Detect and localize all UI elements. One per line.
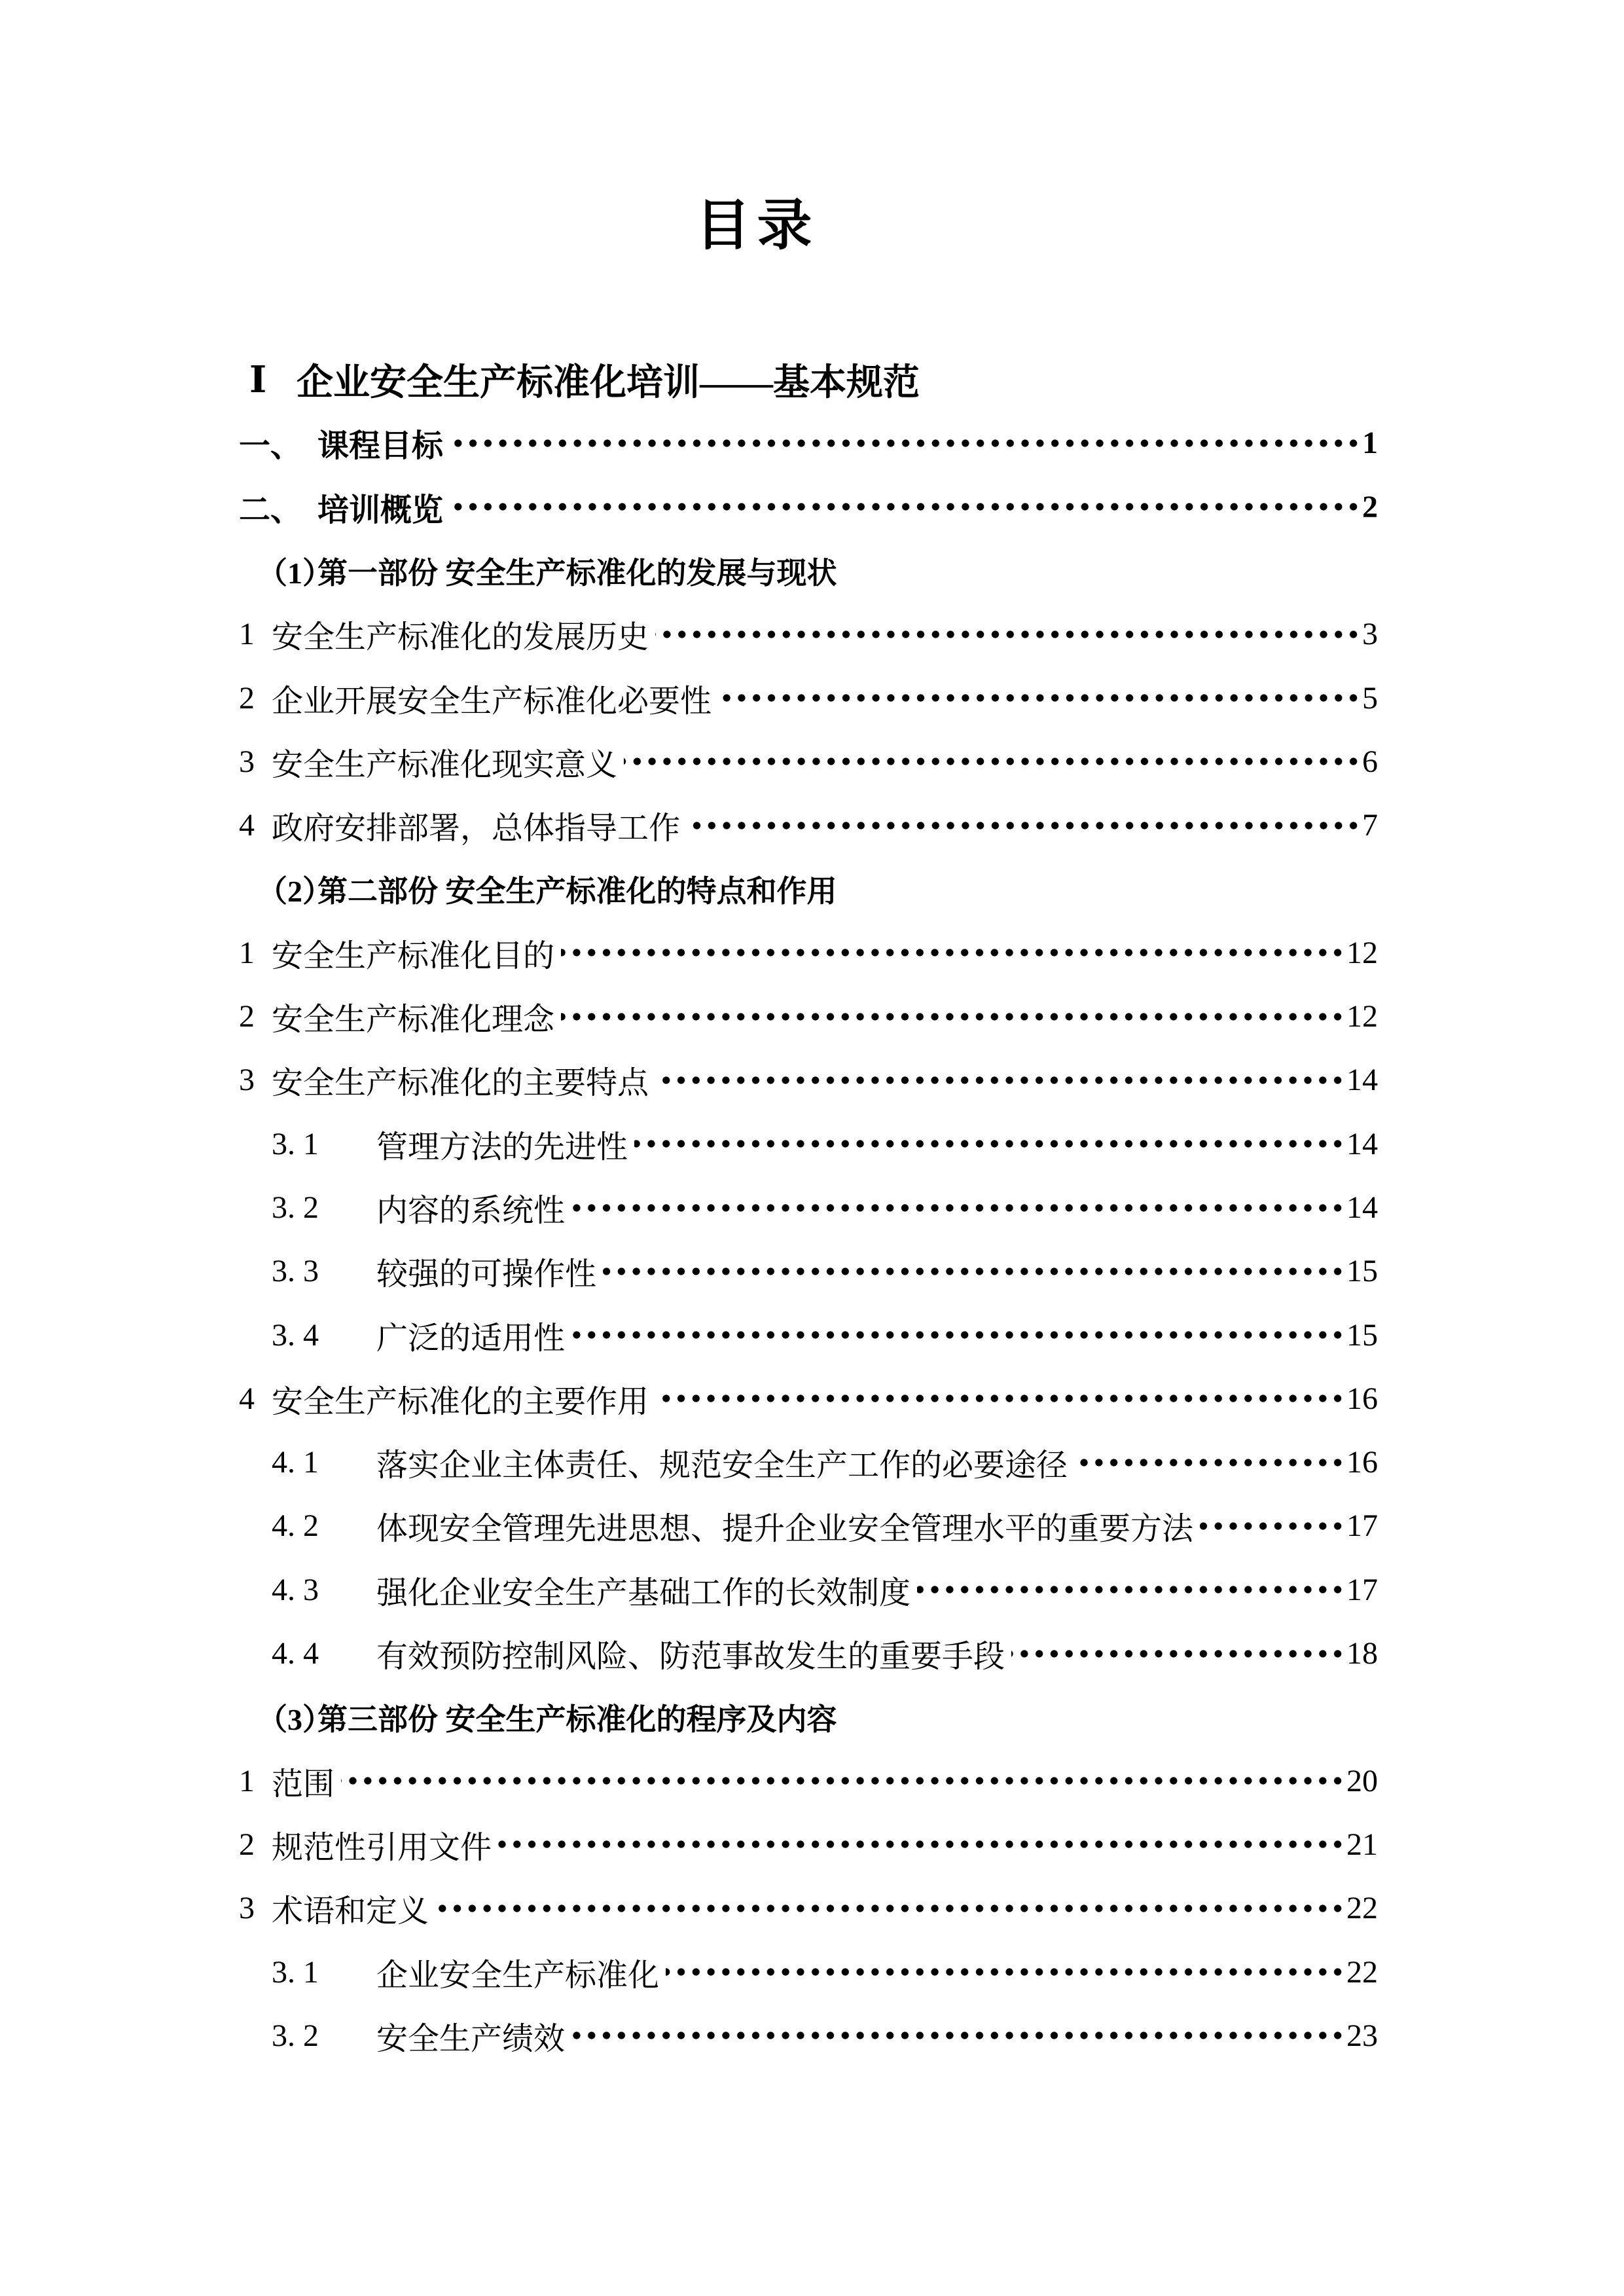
dot-leader	[655, 1394, 1345, 1403]
toc-entry-label: 有效预防控制风险、防范事故发生的重要手段	[376, 1631, 1005, 1676]
page-title: 目录	[0, 195, 1569, 259]
toc-entry-number: 4. 3	[272, 1572, 376, 1608]
toc-entry-label: 安全生产标准化目的	[272, 930, 554, 975]
toc-entry-number: （3）	[257, 1696, 317, 1739]
toc-entry: 一、课程目标1	[239, 411, 1378, 475]
toc-entry-page-number: 15	[1346, 1317, 1378, 1353]
toc-entry: 3. 1企业安全生产标准化22	[239, 1940, 1378, 2003]
toc-entry-page-number: 16	[1346, 1444, 1378, 1480]
dot-leader	[666, 1967, 1345, 1977]
toc-entry-number: 3. 4	[272, 1317, 376, 1353]
toc-entry-label: 安全生产标准化的发展历史	[272, 611, 649, 657]
toc-entry-number: 4. 1	[272, 1444, 376, 1480]
toc-entry-page-number: 20	[1346, 1763, 1378, 1799]
toc-entry-number: 4	[239, 807, 272, 843]
toc-entry: 3. 3较强的可操作性15	[239, 1239, 1378, 1303]
toc-entry-label: 术语和定义	[272, 1886, 429, 1931]
toc-entry-number: 3	[239, 744, 272, 780]
toc-entry-number: 2	[239, 998, 272, 1034]
dot-leader	[498, 1840, 1345, 1849]
toc-entry-number: 4. 4	[272, 1635, 376, 1671]
toc-entry-number: 3	[239, 1890, 272, 1926]
dot-leader	[571, 1203, 1345, 1212]
toc-entry: 3. 1管理方法的先进性14	[239, 1112, 1378, 1176]
toc-entry-number: 1	[239, 616, 272, 652]
dot-leader	[561, 1012, 1345, 1021]
toc-entry-label: 较强的可操作性	[376, 1248, 596, 1294]
toc-entry: 2安全生产标准化理念12	[239, 985, 1378, 1048]
toc-entry-label: 课程目标	[317, 420, 443, 465]
toc-entry-number: 二、	[239, 484, 317, 530]
toc-entry-label: 管理方法的先进性	[376, 1121, 628, 1167]
toc-entry-page-number: 15	[1346, 1253, 1378, 1289]
toc-entry-number: 3. 2	[272, 1190, 376, 1226]
toc-entry: 4政府安排部署，总体指导工作7	[239, 793, 1378, 857]
toc-entry-label: 广泛的适用性	[376, 1313, 565, 1358]
toc-entry: 4. 2体现安全管理先进思想、提升企业安全管理水平的重要方法17	[239, 1494, 1378, 1558]
toc-list: Ⅰ企业安全生产标准化培训——基本规范一、课程目标1二、培训概览2（1）第一部份 …	[239, 348, 1378, 2068]
toc-section-heading: （2）第二部份 安全生产标准化的特点和作用	[239, 857, 1378, 920]
toc-entry-page-number: 7	[1362, 807, 1378, 843]
toc-entry-number: （2）	[257, 867, 317, 911]
toc-entry-page-number: 22	[1346, 1954, 1378, 1990]
dot-leader	[450, 502, 1361, 511]
document-page: 目录 Ⅰ企业安全生产标准化培训——基本规范一、课程目标1二、培训概览2（1）第一…	[0, 0, 1624, 2296]
toc-entry-number: （1）	[257, 549, 317, 592]
toc-entry-page-number: 21	[1346, 1827, 1378, 1863]
dot-leader	[655, 630, 1361, 639]
toc-entry-label: 安全生产标准化的主要特点	[272, 1057, 649, 1102]
toc-entry-number: 2	[239, 680, 272, 716]
toc-entry-page-number: 5	[1362, 680, 1378, 716]
dot-leader	[450, 439, 1361, 448]
dot-leader	[655, 1076, 1345, 1085]
toc-entry: 2规范性引用文件21	[239, 1813, 1378, 1876]
dot-leader	[571, 2031, 1345, 2040]
toc-entry: 3. 2内容的系统性14	[239, 1176, 1378, 1239]
toc-entry-page-number: 14	[1346, 1190, 1378, 1226]
toc-entry: 4. 4有效预防控制风险、防范事故发生的重要手段18	[239, 1622, 1378, 1685]
toc-entry: 1安全生产标准化目的12	[239, 921, 1378, 985]
dot-leader	[571, 1330, 1345, 1339]
toc-entry-number: 1	[239, 935, 272, 971]
toc-entry-number: 1	[239, 1763, 272, 1799]
toc-entry-label: 范围	[272, 1758, 334, 1804]
toc-entry-page-number: 23	[1346, 2018, 1378, 2054]
toc-entry: 3. 4广泛的适用性15	[239, 1303, 1378, 1366]
toc-entry: 4安全生产标准化的主要作用16	[239, 1367, 1378, 1430]
toc-entry-page-number: 17	[1346, 1508, 1378, 1544]
toc-entry: 二、培训概览2	[239, 475, 1378, 539]
toc-entry-number: 4. 2	[272, 1508, 376, 1544]
dot-leader	[718, 693, 1361, 702]
toc-entry-page-number: 3	[1362, 616, 1378, 652]
toc-entry-label: 安全生产标准化理念	[272, 994, 554, 1039]
toc-entry-number: 2	[239, 1827, 272, 1863]
toc-entry-label: 安全生产绩效	[376, 2013, 565, 2058]
dot-leader	[634, 1139, 1345, 1148]
dot-leader	[341, 1776, 1345, 1785]
toc-entry: 3安全生产标准化的主要特点14	[239, 1048, 1378, 1112]
toc-entry-label: 第三部份 安全生产标准化的程序及内容	[317, 1696, 837, 1739]
toc-entry-label: 规范性引用文件	[272, 1822, 492, 1867]
toc-entry-number: 3. 2	[272, 2018, 376, 2054]
toc-entry-page-number: 2	[1362, 489, 1378, 525]
toc-entry-page-number: 6	[1362, 744, 1378, 780]
toc-entry-page-number: 22	[1346, 1890, 1378, 1926]
toc-section-heading: （1）第一部份 安全生产标准化的发展与现状	[239, 539, 1378, 602]
toc-part-heading: Ⅰ企业安全生产标准化培训——基本规范	[239, 348, 1378, 411]
dot-leader	[1011, 1649, 1345, 1658]
toc-entry-page-number: 18	[1346, 1635, 1378, 1671]
toc-entry-page-number: 12	[1346, 935, 1378, 971]
toc-entry: 4. 3强化企业安全生产基础工作的长效制度17	[239, 1558, 1378, 1622]
toc-entry-label: 企业安全生产标准化培训——基本规范	[297, 354, 920, 406]
toc-entry-page-number: 17	[1346, 1572, 1378, 1608]
toc-entry-page-number: 16	[1346, 1381, 1378, 1417]
toc-entry-label: 安全生产标准化现实意义	[272, 739, 617, 784]
dot-leader	[917, 1585, 1345, 1594]
dot-leader	[1200, 1522, 1345, 1531]
toc-entry-label: 体现安全管理先进思想、提升企业安全管理水平的重要方法	[376, 1503, 1193, 1548]
toc-entry: 3安全生产标准化现实意义6	[239, 730, 1378, 793]
toc-entry-page-number: 14	[1346, 1062, 1378, 1098]
toc-entry-number: 3. 3	[272, 1253, 376, 1289]
toc-entry-label: 落实企业主体责任、规范安全生产工作的必要途径	[376, 1440, 1068, 1485]
toc-entry-label: 培训概览	[317, 484, 443, 530]
dot-leader	[1074, 1458, 1345, 1467]
dot-leader	[603, 1267, 1345, 1276]
toc-entry-label: 企业安全生产标准化	[376, 1950, 659, 1995]
toc-entry-label: 企业开展安全生产标准化必要性	[272, 676, 712, 721]
toc-entry-number: 3. 1	[272, 1954, 376, 1990]
toc-entry-number: 3. 1	[272, 1126, 376, 1162]
dot-leader	[624, 757, 1361, 766]
toc-entry: 3. 2安全生产绩效23	[239, 2004, 1378, 2068]
toc-entry: 1安全生产标准化的发展历史3	[239, 602, 1378, 666]
toc-entry: 3术语和定义22	[239, 1876, 1378, 1940]
toc-entry-label: 第二部份 安全生产标准化的特点和作用	[317, 867, 837, 911]
dot-leader	[687, 821, 1361, 830]
toc-entry-page-number: 1	[1362, 425, 1378, 461]
toc-entry: 1范围20	[239, 1749, 1378, 1813]
toc-entry: 4. 1落实企业主体责任、规范安全生产工作的必要途径16	[239, 1430, 1378, 1494]
toc-entry-page-number: 14	[1346, 1126, 1378, 1162]
dot-leader	[561, 948, 1345, 957]
dot-leader	[435, 1904, 1345, 1913]
toc-section-heading: （3）第三部份 安全生产标准化的程序及内容	[239, 1685, 1378, 1749]
toc-entry-number: 3	[239, 1062, 272, 1098]
toc-entry-label: 第一部份 安全生产标准化的发展与现状	[317, 549, 837, 592]
toc-entry-label: 强化企业安全生产基础工作的长效制度	[376, 1567, 911, 1613]
toc-entry-number: 一、	[239, 420, 317, 465]
toc-entry-page-number: 12	[1346, 998, 1378, 1034]
toc-entry-number: 4	[239, 1381, 272, 1417]
toc-entry-label: 安全生产标准化的主要作用	[272, 1376, 649, 1421]
toc-entry-label: 政府安排部署，总体指导工作	[272, 803, 680, 848]
toc-entry-label: 内容的系统性	[376, 1185, 565, 1230]
toc-entry: 2企业开展安全生产标准化必要性5	[239, 666, 1378, 729]
toc-entry-number: Ⅰ	[249, 358, 297, 401]
